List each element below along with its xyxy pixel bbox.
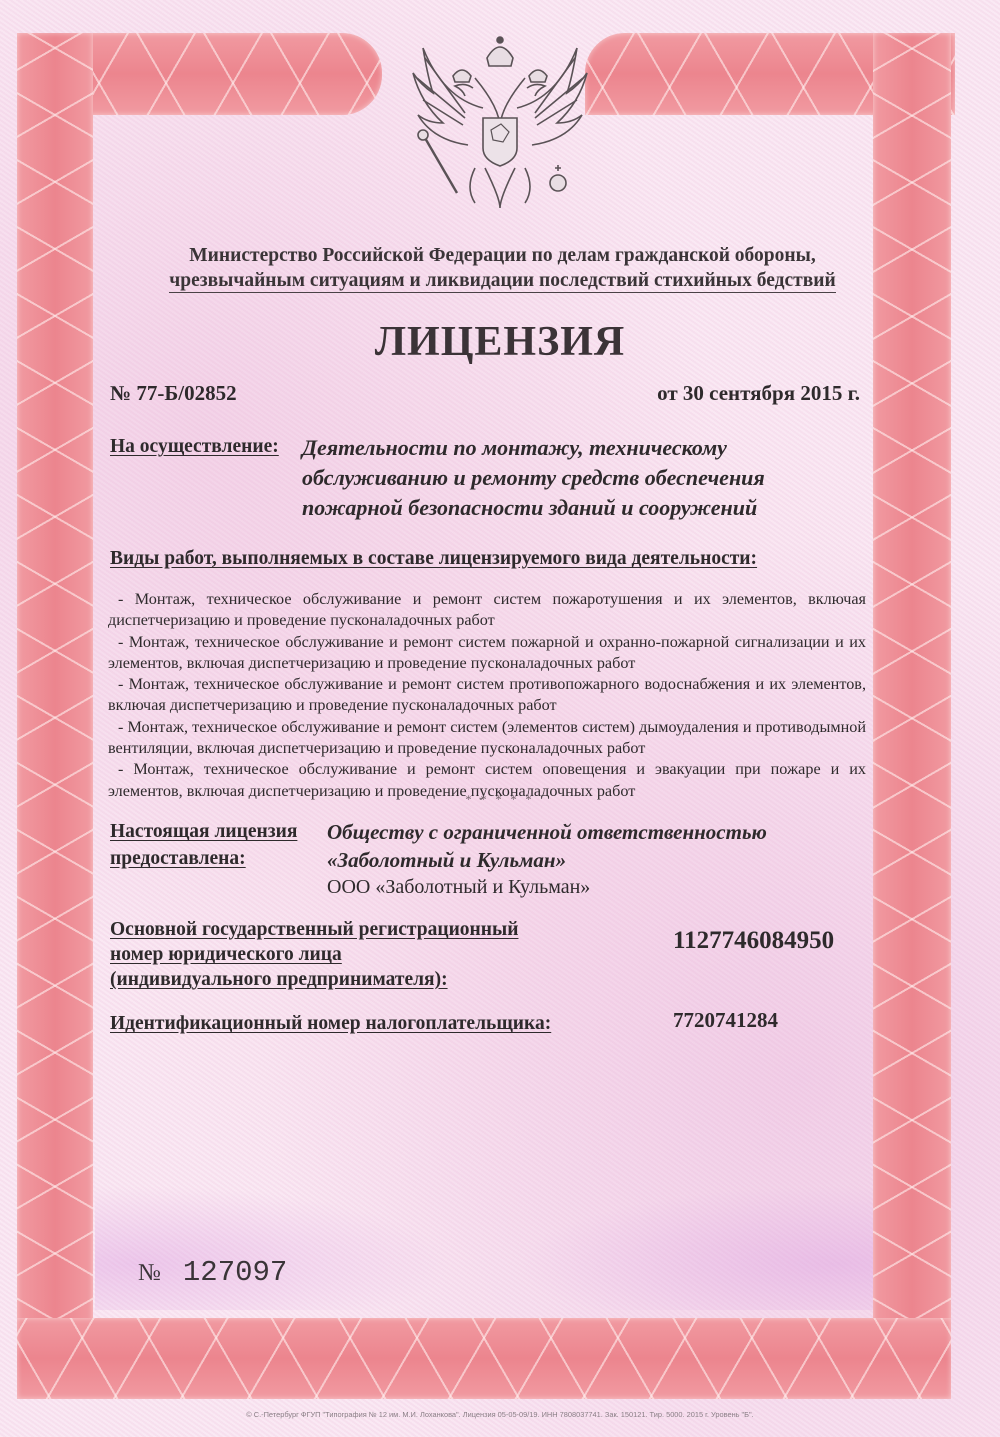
purpose-label: На осуществление:	[110, 433, 279, 460]
ogrn-value: 1127746084950	[673, 927, 834, 955]
works-label: Виды работ, выполняемых в составе лиценз…	[110, 545, 757, 572]
inn-value: 7720741284	[673, 1008, 778, 1033]
grantee-full-name: Обществу с ограниченной ответственностью…	[327, 818, 867, 874]
serial-prefix: №	[138, 1260, 161, 1286]
license-date: от 30 сентября 2015 г.	[657, 381, 860, 406]
coat-of-arms-icon	[395, 18, 605, 218]
ogrn-label: Основной государственный регистрационный…	[110, 917, 570, 992]
ministry-line-1: Министерство Российской Федерации по дел…	[105, 243, 900, 268]
ogrn-label-line: Основной государственный регистрационный	[110, 917, 570, 942]
border-bottom	[17, 1318, 951, 1399]
grantee-label-line: Настоящая лицензия	[110, 818, 320, 845]
work-item: - Монтаж, техническое обслуживание и рем…	[108, 632, 866, 675]
document-title: ЛИЦЕНЗИЯ	[0, 318, 1000, 366]
grantee-short-name: ООО «Заболотный и Кульман»	[327, 874, 590, 900]
grantee-name-line: «Заболотный и Кульман»	[327, 846, 867, 874]
ministry-line-2: чрезвычайным ситуациям и ликвидации посл…	[169, 270, 836, 293]
ogrn-label-line: (индивидуального предпринимателя):	[110, 967, 570, 992]
border-right	[873, 33, 951, 1399]
purpose-line: обслуживанию и ремонту средств обеспечен…	[302, 463, 842, 493]
purpose-text: Деятельности по монтажу, техническому об…	[302, 433, 842, 523]
printer-imprint: © С.-Петербург ФГУП "Типография № 12 им.…	[0, 1410, 1000, 1419]
border-left	[17, 33, 93, 1399]
purpose-line: Деятельности по монтажу, техническому	[302, 433, 842, 463]
work-item: - Монтаж, техническое обслуживание и рем…	[108, 717, 866, 760]
grantee-label: Настоящая лицензия предоставлена:	[110, 818, 320, 872]
grantee-name-line: Обществу с ограниченной ответственностью	[327, 818, 867, 846]
form-serial-number: №127097	[138, 1256, 287, 1289]
license-number: № 77-Б/02852	[110, 381, 237, 406]
works-list: - Монтаж, техническое обслуживание и рем…	[108, 589, 866, 802]
serial-value: 127097	[183, 1256, 287, 1289]
ogrn-label-line: номер юридического лица	[110, 942, 570, 967]
work-item: - Монтаж, техническое обслуживание и рем…	[108, 589, 866, 632]
section-separator: * * * * *	[0, 792, 1000, 807]
issuing-authority: Министерство Российской Федерации по дел…	[105, 243, 900, 293]
purpose-line: пожарной безопасности зданий и сооружени…	[302, 493, 842, 523]
work-item: - Монтаж, техническое обслуживание и рем…	[108, 674, 866, 717]
inn-label: Идентификационный номер налогоплательщик…	[110, 1010, 551, 1037]
grantee-label-line: предоставлена:	[110, 845, 320, 872]
